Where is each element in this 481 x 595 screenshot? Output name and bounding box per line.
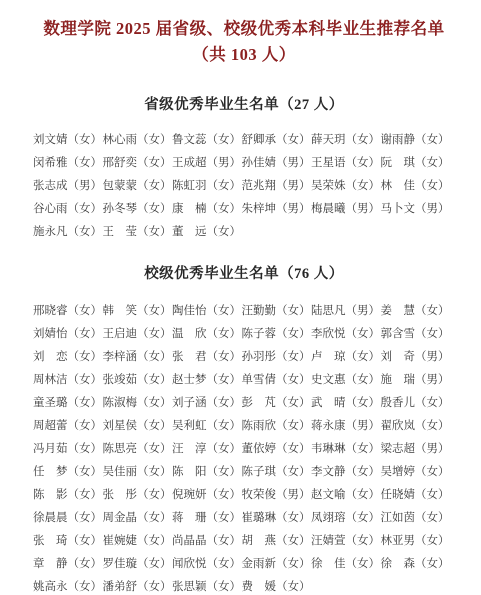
graduate-entry: 张 君（女） bbox=[172, 348, 242, 364]
graduate-row: 姚高永（女）潘弟舒（女）张思颖（女）费 媛（女） bbox=[33, 574, 455, 595]
graduate-row: 闵希雅（女）邢舒奕（女）王成超（男）孙佳婧（男）王星语（女）阮 琪（女） bbox=[33, 150, 455, 173]
graduate-entry: 周金晶（女） bbox=[103, 509, 173, 525]
graduate-entry: 孙冬琴（女） bbox=[103, 200, 173, 216]
graduate-entry: 王启迪（女） bbox=[103, 325, 173, 341]
graduate-entry: 任晓婧（女） bbox=[381, 486, 451, 502]
graduate-entry: 阮 琪（女） bbox=[381, 154, 451, 170]
graduate-entry: 崔婉婕（女） bbox=[103, 532, 173, 548]
graduate-entry: 陈思亮（女） bbox=[103, 440, 173, 456]
graduate-row: 张 琦（女）崔婉婕（女）尚晶晶（女）胡 燕（女）汪婧萱（女）林亚男（女） bbox=[33, 528, 455, 551]
graduate-row: 刘 恋（女）李梓涵（女）张 君（女）孙羽彤（女）卢 琼（女）刘 奇（男） bbox=[33, 344, 455, 367]
graduate-entry: 刘 奇（男） bbox=[381, 348, 451, 364]
graduate-entry: 徐 佳（女） bbox=[311, 555, 381, 571]
graduate-entry: 刘子涵（女） bbox=[172, 394, 242, 410]
graduate-row: 谷心雨（女）孙冬琴（女）康 楠（女）朱梓坤（男）梅晨曦（男）马卜文（男） bbox=[33, 196, 455, 219]
graduate-entry: 张 琦（女） bbox=[33, 532, 103, 548]
graduate-entry: 李梓涵（女） bbox=[103, 348, 173, 364]
graduate-entry: 陶佳怡（女） bbox=[172, 302, 242, 318]
graduate-entry: 孙羽彤（女） bbox=[242, 348, 312, 364]
graduate-entry: 林心雨（女） bbox=[103, 131, 173, 147]
graduate-entry: 牧荣俊（男） bbox=[242, 486, 312, 502]
graduate-entry: 汪 淳（女） bbox=[172, 440, 242, 456]
graduate-entry: 彭 芃（女） bbox=[242, 394, 312, 410]
graduate-entry: 金雨新（女） bbox=[242, 555, 312, 571]
graduate-entry: 陈雨欣（女） bbox=[242, 417, 312, 433]
graduate-row: 施永凡（女）王 莹（女）董 远（女） bbox=[33, 219, 455, 242]
graduate-row: 任 梦（女）吴佳丽（女）陈 阳（女）陈子琪（女）李文静（女）吴增婷（女） bbox=[33, 459, 455, 482]
graduate-row: 刘婧怡（女）王启迪（女）温 欣（女）陈子蓉（女）李欣悦（女）郭含雪（女） bbox=[33, 321, 455, 344]
graduate-entry: 尚晶晶（女） bbox=[172, 532, 242, 548]
graduate-entry: 胡 燕（女） bbox=[242, 532, 312, 548]
graduate-entry: 陈淑梅（女） bbox=[103, 394, 173, 410]
graduate-entry: 单雪倩（女） bbox=[242, 371, 312, 387]
section-university: 校级优秀毕业生名单（76 人） 邢晓睿（女）韩 笑（女）陶佳怡（女）汪勤勤（女）… bbox=[33, 262, 455, 595]
graduate-entry: 鲁文蕊（女） bbox=[172, 131, 242, 147]
graduate-row: 张志成（男）包蒙蒙（女）陈虹羽（女）范兆翔（男）吴荣姝（女）林 佳（女） bbox=[33, 173, 455, 196]
graduate-entry: 江如茵（女） bbox=[381, 509, 451, 525]
graduate-entry: 闵希雅（女） bbox=[33, 154, 103, 170]
graduate-entry: 武 晴（女） bbox=[311, 394, 381, 410]
graduate-entry: 刘星侯（女） bbox=[103, 417, 173, 433]
graduate-entry: 吴增婷（女） bbox=[381, 463, 451, 479]
graduate-entry: 蒋 珊（女） bbox=[172, 509, 242, 525]
graduate-entry: 温 欣（女） bbox=[172, 325, 242, 341]
section-university-heading: 校级优秀毕业生名单（76 人） bbox=[33, 262, 455, 283]
graduate-row: 陈 影（女）张 彤（女）倪琬妍（女）牧荣俊（男）赵文喻（女）任晓婧（女） bbox=[33, 482, 455, 505]
section-provincial-heading: 省级优秀毕业生名单（27 人） bbox=[33, 93, 455, 114]
graduate-entry: 陈 影（女） bbox=[33, 486, 103, 502]
graduate-entry: 潘弟舒（女） bbox=[103, 578, 173, 594]
graduate-entry: 凤翊瑢（女） bbox=[311, 509, 381, 525]
document-page: 数理学院 2025 届省级、校级优秀本科毕业生推荐名单 （共 103 人） 省级… bbox=[0, 0, 481, 595]
graduate-entry: 林亚男（女） bbox=[381, 532, 451, 548]
graduate-entry: 倪琬妍（女） bbox=[172, 486, 242, 502]
graduate-entry: 陈子琪（女） bbox=[242, 463, 312, 479]
graduate-entry: 刘 恋（女） bbox=[33, 348, 103, 364]
graduate-entry: 陈子蓉（女） bbox=[242, 325, 312, 341]
graduate-row: 冯月茹（女）陈思亮（女）汪 淳（女）董依婷（女）韦琳琳（女）梁志超（男） bbox=[33, 436, 455, 459]
graduate-entry: 刘文婧（女） bbox=[33, 131, 103, 147]
graduate-entry: 康 楠（女） bbox=[172, 200, 242, 216]
graduate-entry: 陈虹羽（女） bbox=[172, 177, 242, 193]
graduate-entry: 郭含雪（女） bbox=[381, 325, 451, 341]
graduate-row: 周超蕾（女）刘星侯（女）吴利虹（女）陈雨欣（女）蒋永康（男）翟欣岚（女） bbox=[33, 413, 455, 436]
graduate-entry: 谢雨静（女） bbox=[381, 131, 451, 147]
graduate-entry: 罗佳璇（女） bbox=[103, 555, 173, 571]
graduate-entry: 汪婧萱（女） bbox=[311, 532, 381, 548]
graduate-entry: 周超蕾（女） bbox=[33, 417, 103, 433]
graduate-entry: 包蒙蒙（女） bbox=[103, 177, 173, 193]
graduate-entry: 姚高永（女） bbox=[33, 578, 103, 594]
graduate-entry: 崔璐琳（女） bbox=[242, 509, 312, 525]
graduate-entry: 周林洁（女） bbox=[33, 371, 103, 387]
graduate-entry: 吴佳丽（女） bbox=[103, 463, 173, 479]
graduate-entry: 徐晨晨（女） bbox=[33, 509, 103, 525]
graduate-row: 邢晓睿（女）韩 笑（女）陶佳怡（女）汪勤勤（女）陆思凡（男）姜 慧（女） bbox=[33, 298, 455, 321]
graduate-entry: 赵士梦（女） bbox=[172, 371, 242, 387]
graduate-entry: 翟欣岚（女） bbox=[381, 417, 451, 433]
graduate-row: 童圣璐（女）陈淑梅（女）刘子涵（女）彭 芃（女）武 晴（女）殷香儿（女） bbox=[33, 390, 455, 413]
graduate-entry: 张竣茹（女） bbox=[103, 371, 173, 387]
graduate-entry: 张思颖（女） bbox=[172, 578, 242, 594]
graduate-entry: 薛天玥（女） bbox=[311, 131, 381, 147]
graduate-row: 章 静（女）罗佳璇（女）闻欣悦（女）金雨新（女）徐 佳（女）徐 森（女） bbox=[33, 551, 455, 574]
graduate-entry: 王星语（女） bbox=[311, 154, 381, 170]
graduate-entry: 董 远（女） bbox=[172, 223, 242, 239]
graduate-row: 周林洁（女）张竣茹（女）赵士梦（女）单雪倩（女）史文惠（女）施 瑞（男） bbox=[33, 367, 455, 390]
graduate-entry: 章 静（女） bbox=[33, 555, 103, 571]
graduate-entry: 姜 慧（女） bbox=[381, 302, 451, 318]
page-title: 数理学院 2025 届省级、校级优秀本科毕业生推荐名单 （共 103 人） bbox=[33, 16, 455, 67]
graduate-entry: 梁志超（男） bbox=[381, 440, 451, 456]
graduate-entry: 韩 笑（女） bbox=[103, 302, 173, 318]
graduate-entry: 李欣悦（女） bbox=[311, 325, 381, 341]
graduate-entry: 董依婷（女） bbox=[242, 440, 312, 456]
graduate-entry: 张志成（男） bbox=[33, 177, 103, 193]
graduate-entry: 赵文喻（女） bbox=[311, 486, 381, 502]
graduate-entry: 施永凡（女） bbox=[33, 223, 103, 239]
page-title-line2: （共 103 人） bbox=[33, 42, 455, 68]
section-provincial: 省级优秀毕业生名单（27 人） 刘文婧（女）林心雨（女）鲁文蕊（女）舒卿承（女）… bbox=[33, 93, 455, 242]
graduate-entry: 刘婧怡（女） bbox=[33, 325, 103, 341]
graduate-entry: 舒卿承（女） bbox=[242, 131, 312, 147]
graduate-entry: 吴荣姝（女） bbox=[311, 177, 381, 193]
section-provincial-list: 刘文婧（女）林心雨（女）鲁文蕊（女）舒卿承（女）薛天玥（女）谢雨静（女）闵希雅（… bbox=[33, 127, 455, 242]
graduate-entry: 马卜文（男） bbox=[381, 200, 451, 216]
graduate-entry: 卢 琼（女） bbox=[311, 348, 381, 364]
graduate-entry: 童圣璐（女） bbox=[33, 394, 103, 410]
graduate-entry: 林 佳（女） bbox=[381, 177, 451, 193]
graduate-entry: 孙佳婧（男） bbox=[242, 154, 312, 170]
graduate-entry: 韦琳琳（女） bbox=[311, 440, 381, 456]
graduate-entry: 陈 阳（女） bbox=[172, 463, 242, 479]
graduate-entry: 邢晓睿（女） bbox=[33, 302, 103, 318]
graduate-entry: 闻欣悦（女） bbox=[172, 555, 242, 571]
graduate-entry: 殷香儿（女） bbox=[381, 394, 451, 410]
graduate-entry: 史文惠（女） bbox=[311, 371, 381, 387]
graduate-entry: 梅晨曦（男） bbox=[311, 200, 381, 216]
graduate-entry: 王 莹（女） bbox=[103, 223, 173, 239]
graduate-row: 徐晨晨（女）周金晶（女）蒋 珊（女）崔璐琳（女）凤翊瑢（女）江如茵（女） bbox=[33, 505, 455, 528]
graduate-entry: 朱梓坤（男） bbox=[242, 200, 312, 216]
graduate-entry: 徐 森（女） bbox=[381, 555, 451, 571]
graduate-entry: 范兆翔（男） bbox=[242, 177, 312, 193]
graduate-entry: 蒋永康（男） bbox=[311, 417, 381, 433]
graduate-entry: 吴利虹（女） bbox=[172, 417, 242, 433]
graduate-entry: 邢舒奕（女） bbox=[103, 154, 173, 170]
graduate-entry: 王成超（男） bbox=[172, 154, 242, 170]
graduate-entry: 任 梦（女） bbox=[33, 463, 103, 479]
section-university-list: 邢晓睿（女）韩 笑（女）陶佳怡（女）汪勤勤（女）陆思凡（男）姜 慧（女）刘婧怡（… bbox=[33, 298, 455, 595]
graduate-entry: 陆思凡（男） bbox=[311, 302, 381, 318]
graduate-row: 刘文婧（女）林心雨（女）鲁文蕊（女）舒卿承（女）薛天玥（女）谢雨静（女） bbox=[33, 127, 455, 150]
graduate-entry: 施 瑞（男） bbox=[381, 371, 451, 387]
graduate-entry: 费 媛（女） bbox=[242, 578, 312, 594]
graduate-entry: 李文静（女） bbox=[311, 463, 381, 479]
graduate-entry: 张 彤（女） bbox=[103, 486, 173, 502]
graduate-entry: 冯月茹（女） bbox=[33, 440, 103, 456]
page-title-line1: 数理学院 2025 届省级、校级优秀本科毕业生推荐名单 bbox=[33, 16, 455, 42]
graduate-entry: 谷心雨（女） bbox=[33, 200, 103, 216]
graduate-entry: 汪勤勤（女） bbox=[242, 302, 312, 318]
